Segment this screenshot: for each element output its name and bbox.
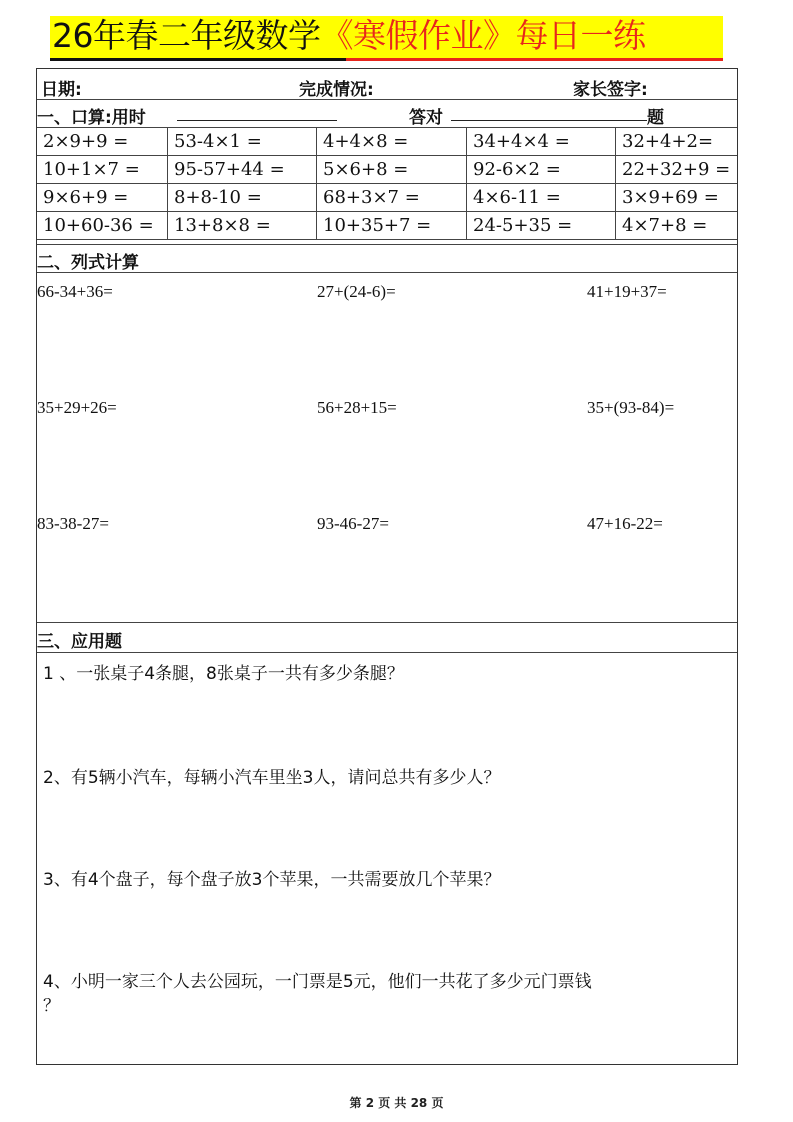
oral-item: 95-57+44 = bbox=[168, 156, 317, 184]
page-number: 第 2 页 共 28 页 bbox=[0, 1094, 793, 1111]
written-calc-item: 35+29+26= bbox=[37, 398, 117, 418]
word-problems-heading: 三、应用题 bbox=[37, 622, 737, 653]
written-calc-item: 83-38-27= bbox=[37, 514, 109, 534]
table-row: 10+1×7 = 95-57+44 = 5×6+8 = 92-6×2 = 22+… bbox=[37, 156, 737, 184]
correct-label: 答对 bbox=[409, 103, 443, 128]
written-calc-item: 41+19+37= bbox=[587, 282, 667, 302]
oral-item: 10+1×7 = bbox=[37, 156, 168, 184]
time-blank[interactable] bbox=[177, 120, 337, 121]
word-problem-4-continued: ？ bbox=[43, 991, 60, 1016]
title-underline bbox=[50, 58, 346, 61]
table-row: 9×6+9 = 8+8-10 = 68+3×7 = 4×6-11 = 3×9+6… bbox=[37, 184, 737, 212]
oral-item: 34+4×4 = bbox=[467, 128, 616, 156]
table-row: 10+60-36 = 13+8×8 = 10+35+7 = 24-5+35 = … bbox=[37, 212, 737, 240]
written-calc-heading-label: 二、列式计算 bbox=[37, 248, 139, 273]
question-unit-label: 题 bbox=[647, 103, 664, 128]
written-calc-item: 35+(93-84)= bbox=[587, 398, 674, 418]
oral-item: 2×9+9 = bbox=[37, 128, 168, 156]
oral-item: 92-6×2 = bbox=[467, 156, 616, 184]
oral-item: 9×6+9 = bbox=[37, 184, 168, 212]
word-problem-3: 3、有4个盘子，每个盘子放3个苹果，一共需要放几个苹果？ bbox=[43, 865, 500, 890]
oral-item: 10+35+7 = bbox=[317, 212, 467, 240]
info-row: 日期: 完成情况: 家长签字: bbox=[37, 69, 737, 100]
title-underline-red bbox=[346, 58, 723, 61]
word-problem-4: 4、小明一家三个人去公园玩，一门票是5元，他们一共花了多少元门票钱 bbox=[43, 967, 592, 992]
oral-item: 68+3×7 = bbox=[317, 184, 467, 212]
oral-item: 5×6+8 = bbox=[317, 156, 467, 184]
parent-signature-label: 家长签字: bbox=[573, 75, 648, 100]
title-grade-subject: 26年春二年级数学 bbox=[52, 16, 321, 55]
written-calc-heading: 二、列式计算 bbox=[37, 244, 737, 273]
date-label: 日期: bbox=[41, 75, 82, 100]
oral-item: 3×9+69 = bbox=[616, 184, 738, 212]
oral-item: 4+4×8 = bbox=[317, 128, 467, 156]
oral-item: 4×6-11 = bbox=[467, 184, 616, 212]
oral-item: 8+8-10 = bbox=[168, 184, 317, 212]
oral-calc-table: 2×9+9 = 53-4×1 = 4+4×8 = 34+4×4 = 32+4+2… bbox=[37, 127, 737, 240]
oral-item: 32+4+2= bbox=[616, 128, 738, 156]
oral-item: 22+32+9 = bbox=[616, 156, 738, 184]
written-calc-item: 93-46-27= bbox=[317, 514, 389, 534]
word-problem-2: 2、有5辆小汽车，每辆小汽车里坐3人，请问总共有多少人？ bbox=[43, 763, 500, 788]
word-problem-1: 1 、一张桌子4条腿，8张桌子一共有多少条腿？ bbox=[43, 659, 404, 684]
word-problems-heading-label: 三、应用题 bbox=[37, 627, 122, 652]
oral-section-heading: 一、口算:用时 答对 题 bbox=[37, 99, 737, 128]
written-calc-item: 27+(24-6)= bbox=[317, 282, 396, 302]
oral-item: 4×7+8 = bbox=[616, 212, 738, 240]
page-title: 26年春二年级数学《寒假作业》每日一练 bbox=[52, 14, 646, 58]
written-calc-item: 47+16-22= bbox=[587, 514, 663, 534]
written-calc-item: 66-34+36= bbox=[37, 282, 113, 302]
title-homework-name: 《寒假作业》每日一练 bbox=[321, 16, 646, 55]
table-row: 2×9+9 = 53-4×1 = 4+4×8 = 34+4×4 = 32+4+2… bbox=[37, 128, 737, 156]
oral-item: 13+8×8 = bbox=[168, 212, 317, 240]
written-calc-item: 56+28+15= bbox=[317, 398, 397, 418]
oral-item: 53-4×1 = bbox=[168, 128, 317, 156]
worksheet: 日期: 完成情况: 家长签字: 一、口算:用时 答对 题 2×9+9 = 53-… bbox=[36, 68, 738, 1065]
oral-item: 10+60-36 = bbox=[37, 212, 168, 240]
oral-heading-label: 一、口算:用时 bbox=[37, 103, 146, 128]
correct-count-blank[interactable] bbox=[451, 120, 647, 121]
completion-label: 完成情况: bbox=[299, 75, 374, 100]
oral-item: 24-5+35 = bbox=[467, 212, 616, 240]
